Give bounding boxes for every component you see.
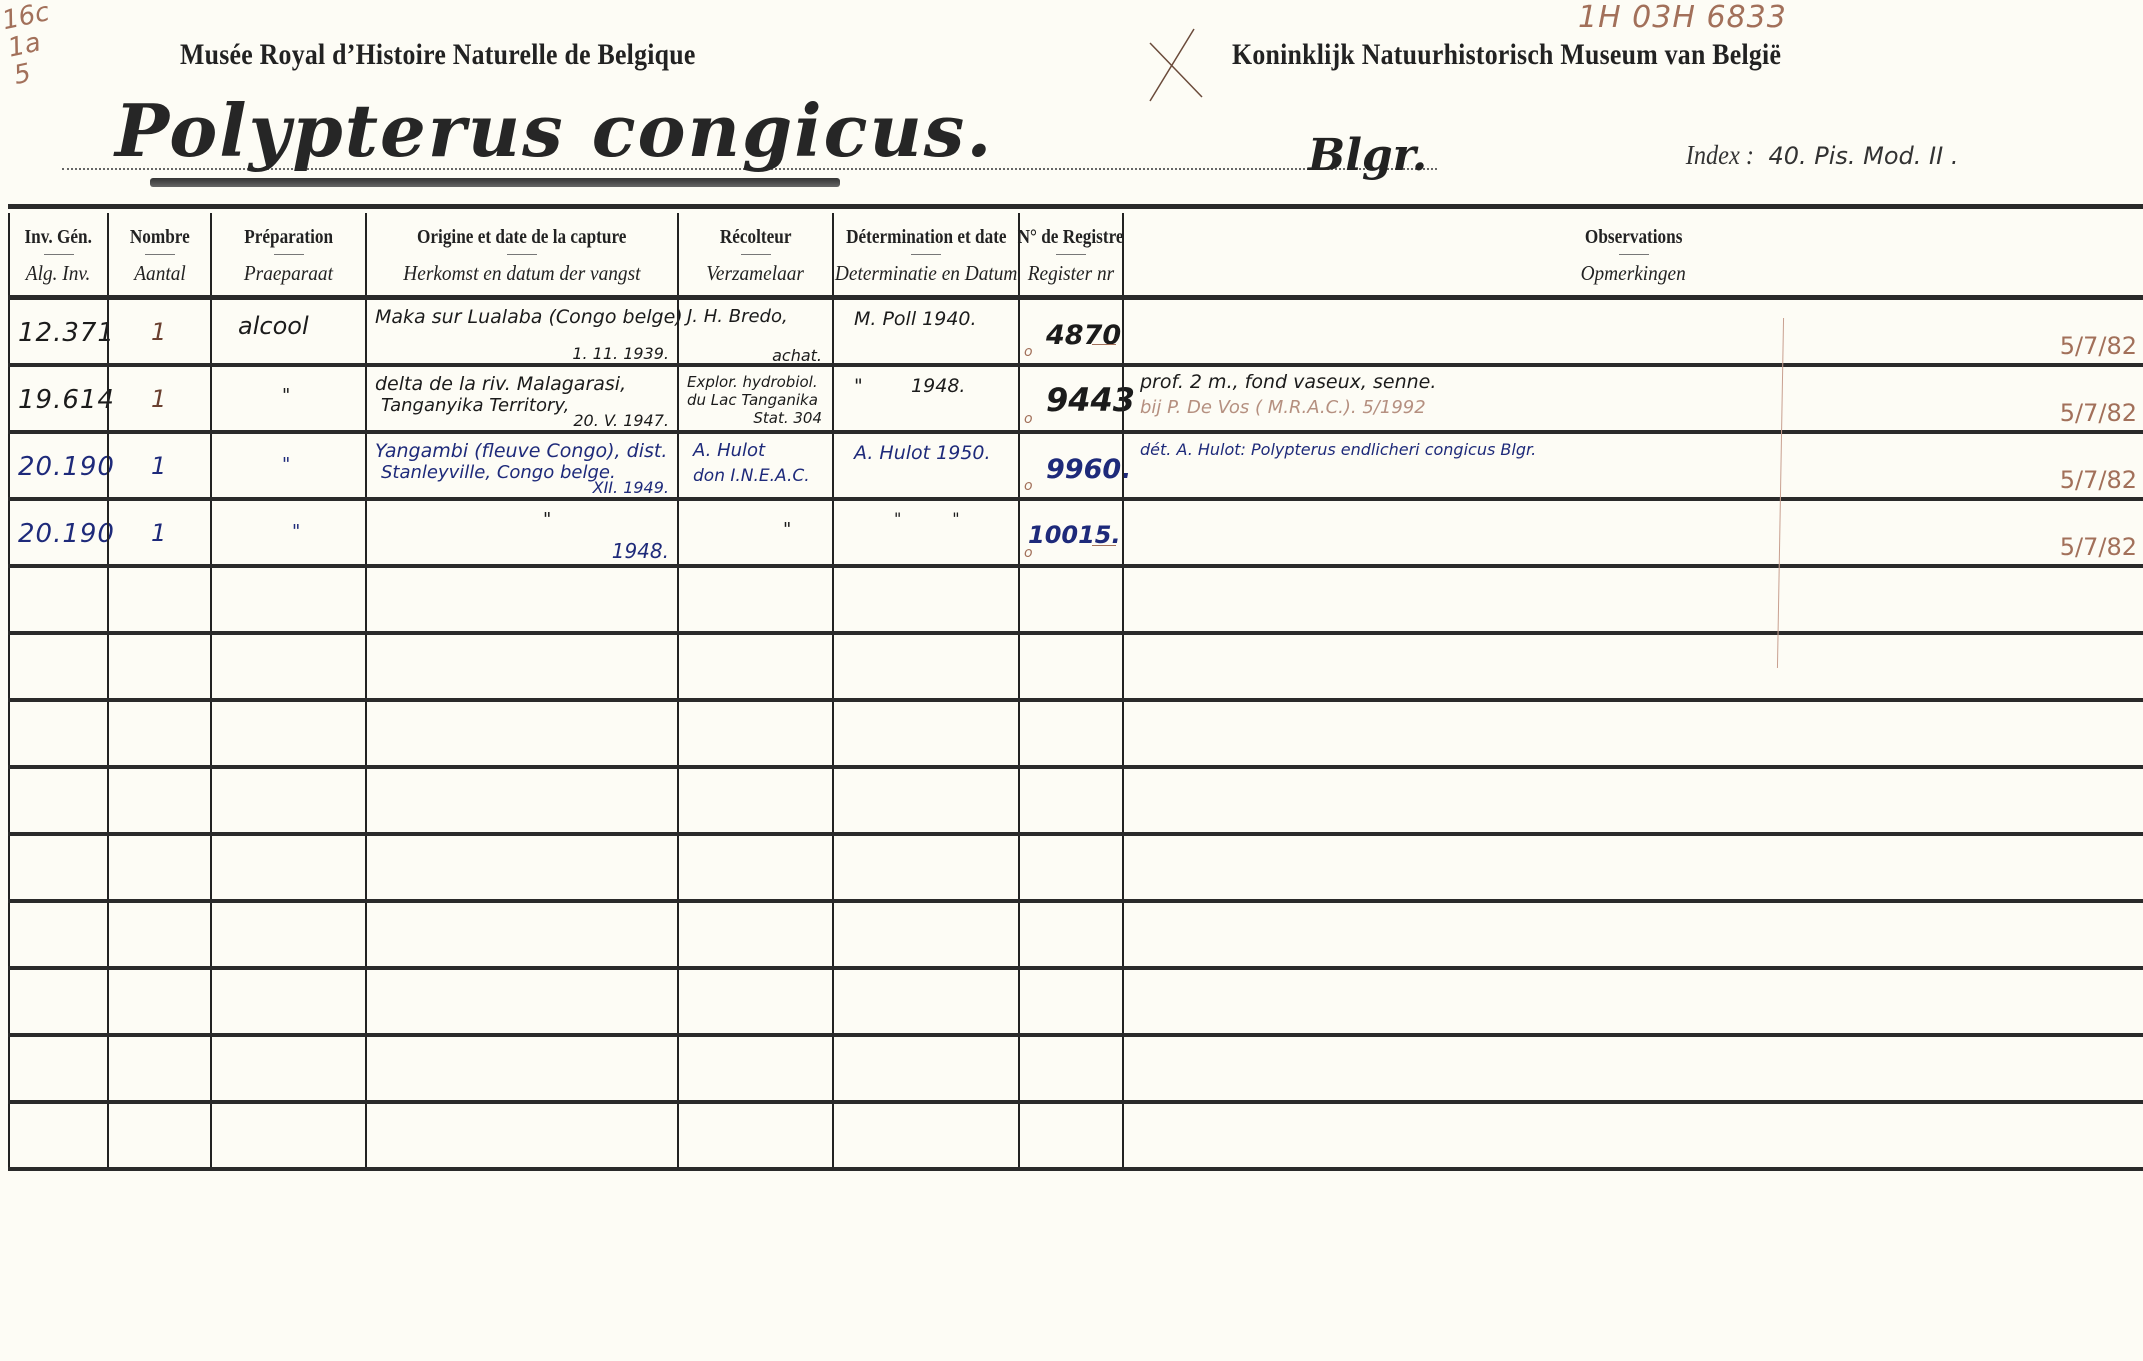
cell (1122, 970, 2143, 1033)
cell (210, 1104, 365, 1167)
cell (832, 769, 1018, 832)
cell (1122, 1037, 2143, 1100)
cell-count: 1 (107, 367, 210, 430)
cell (210, 836, 365, 899)
index-value: 40. Pis. Mod. II . (1768, 142, 1958, 170)
corner-pencil-code: 16c 1a 5 (0, 0, 64, 90)
table-row: 19.614 1 " delta de la riv. Malagarasi, … (8, 367, 2143, 434)
specimen-count: 1 (151, 318, 166, 346)
cell (1122, 903, 2143, 966)
origin-line-1: Maka sur Lualaba (Congo belge) (375, 306, 683, 328)
cell (210, 1037, 365, 1100)
collector-line-2: achat. (772, 346, 822, 365)
header-divider (145, 254, 175, 255)
cell (8, 568, 107, 631)
determination-value: M. Poll 1940. (854, 308, 977, 330)
cell (832, 903, 1018, 966)
cell-observations: 5/7/82 (1122, 501, 2143, 564)
cell-collector: J. H. Bredo, achat. (677, 300, 832, 363)
header-label-fr: Détermination et date (846, 226, 1006, 249)
cell (677, 1104, 832, 1167)
cell (210, 568, 365, 631)
cell (8, 970, 107, 1033)
catalog-number-pencil: 1H 03H 6833 (1578, 0, 1787, 35)
table-row-empty (8, 970, 2143, 1037)
cell (210, 702, 365, 765)
cell-register: 10015. o (1018, 501, 1122, 564)
header-label-fr: Nombre (130, 226, 190, 249)
cell-origin: Yangambi (fleuve Congo), dist. Stanleyvi… (365, 434, 677, 497)
cell-determination: A. Hulot 1950. (832, 434, 1018, 497)
cell (1122, 635, 2143, 698)
inventory-number: 20.190 (18, 519, 115, 549)
collector-line-1: A. Hulot (693, 440, 765, 461)
determination-value: A. Hulot 1950. (854, 442, 991, 464)
specimen-count: 1 (151, 452, 166, 480)
header-label-nl: Aantal (134, 261, 186, 286)
capture-date: XII. 1949. (593, 478, 669, 497)
cell-origin: delta de la riv. Malagarasi, Tanganyika … (365, 367, 677, 430)
determination-value: " 1948. (854, 375, 965, 397)
cell (210, 970, 365, 1033)
cell (677, 568, 832, 631)
cell-observations: prof. 2 m., fond vaseux, senne. bij P. D… (1122, 367, 2143, 430)
column-header-origin: Origine et date de la capture Herkomst e… (365, 213, 677, 295)
cell (677, 635, 832, 698)
cell-determination: M. Poll 1940. (832, 300, 1018, 363)
header-divider (1056, 254, 1086, 255)
cell (1018, 903, 1122, 966)
header-divider (44, 254, 74, 255)
cell-register: 9443 o (1018, 367, 1122, 430)
cell (832, 635, 1018, 698)
table-row-empty (8, 1104, 2143, 1171)
table-row-empty (8, 702, 2143, 769)
cell (677, 970, 832, 1033)
cell (1122, 702, 2143, 765)
cell-register: 4870 o (1018, 300, 1122, 363)
table-row: 20.190 1 " " 1948. " " " 10015. o 5/7/82 (8, 501, 2143, 568)
origin-line-2: Tanganyika Territory, (381, 395, 569, 416)
register-number: 9960. (1046, 454, 1131, 485)
cell (1018, 836, 1122, 899)
species-name: Polypterus congicus. (115, 88, 993, 173)
cell-inventory: 20.190 (8, 434, 107, 497)
table-row: 12.371 1 alcool Maka sur Lualaba (Congo … (8, 300, 2143, 367)
inventory-number: 19.614 (18, 385, 115, 415)
collector-line-2: du Lac Tanganika (687, 391, 818, 409)
header-label-nl: Opmerkingen (1581, 261, 1686, 286)
cell (365, 769, 677, 832)
collector-line-1: Explor. hydrobiol. (687, 373, 818, 391)
check-mark: o (1024, 545, 1033, 561)
cell (210, 635, 365, 698)
preparation-ditto: " (282, 454, 290, 475)
x-mark-icon (1136, 25, 1216, 105)
column-header-collector: Récolteur Verzamelaar (677, 213, 832, 295)
inventory-number: 20.190 (18, 452, 115, 482)
cell-inventory: 19.614 (8, 367, 107, 430)
inventory-number: 12.371 (18, 318, 115, 348)
column-header-observations: Observations Opmerkingen (1122, 213, 2143, 295)
cell (365, 702, 677, 765)
header-label-fr: Préparation (244, 226, 333, 249)
header-label-nl: Alg. Inv. (26, 261, 91, 286)
cell (365, 635, 677, 698)
cell (677, 836, 832, 899)
cell-inventory: 12.371 (8, 300, 107, 363)
cell (1018, 702, 1122, 765)
cell (1122, 1104, 2143, 1167)
table-row-empty (8, 769, 2143, 836)
cell (1122, 769, 2143, 832)
index-label: Index : (1686, 140, 1754, 171)
cell (365, 970, 677, 1033)
cell (8, 1104, 107, 1167)
observation-line-1: prof. 2 m., fond vaseux, senne. (1140, 371, 1436, 393)
cell (832, 568, 1018, 631)
cell (107, 1037, 210, 1100)
check-mark: o (1024, 411, 1033, 427)
verification-date: 5/7/82 (2060, 332, 2137, 360)
table-row-empty (8, 836, 2143, 903)
cell (677, 1037, 832, 1100)
verification-date: 5/7/82 (2060, 466, 2137, 494)
header-divider (741, 254, 771, 255)
author-abbreviation: Blgr. (1308, 130, 1427, 181)
cell-preparation: " (210, 434, 365, 497)
cell (365, 1104, 677, 1167)
cell-observations: 5/7/82 (1122, 300, 2143, 363)
cell-origin: " 1948. (365, 501, 677, 564)
header-label-nl: Verzamelaar (707, 261, 805, 286)
capture-date: 20. V. 1947. (573, 411, 669, 430)
cell (1122, 836, 2143, 899)
cell (365, 568, 677, 631)
column-header-inventory: Inv. Gén. Alg. Inv. (8, 213, 107, 295)
header-label-fr: Récolteur (720, 226, 792, 249)
header-label-fr: Observations (1585, 226, 1682, 249)
cell (8, 769, 107, 832)
cell (8, 1037, 107, 1100)
table-row-empty (8, 903, 2143, 970)
cell-count: 1 (107, 501, 210, 564)
cell (832, 702, 1018, 765)
table-row-empty (8, 635, 2143, 702)
origin-line-1: Yangambi (fleuve Congo), dist. (375, 440, 667, 462)
cell-collector: A. Hulot don I.N.E.A.C. (677, 434, 832, 497)
check-mark: o (1024, 478, 1033, 494)
register-number: 4870 (1046, 320, 1121, 351)
header-label-fr: N° de Registre (1018, 226, 1124, 249)
table-header-row: Inv. Gén. Alg. Inv. Nombre Aantal Prépar… (8, 213, 2143, 300)
origin-ditto: " (543, 509, 551, 530)
cell-origin: Maka sur Lualaba (Congo belge) 1. 11. 19… (365, 300, 677, 363)
specimen-register-table: Inv. Gén. Alg. Inv. Nombre Aantal Prépar… (8, 213, 2143, 1361)
collector-line-3: Stat. 304 (753, 409, 822, 427)
cell (210, 769, 365, 832)
index-field: Index : 40. Pis. Mod. II . (1682, 140, 1958, 171)
column-header-register: N° de Registre Register nr (1018, 213, 1122, 295)
header-label-nl: Praeparaat (244, 261, 333, 286)
cell (1018, 769, 1122, 832)
header-label-nl: Herkomst en datum der vangst (403, 261, 640, 286)
cell-count: 1 (107, 434, 210, 497)
observation-pencil-note: bij P. De Vos ( M.R.A.C.). 5/1992 (1140, 397, 1426, 418)
cell (107, 702, 210, 765)
pencil-dash (1092, 344, 1116, 345)
cell-register: 9960. o (1018, 434, 1122, 497)
cell (107, 903, 210, 966)
pencil-dash (1092, 545, 1116, 546)
cell-collector: Explor. hydrobiol. du Lac Tanganika Stat… (677, 367, 832, 430)
verification-date: 5/7/82 (2060, 533, 2137, 561)
cell (8, 635, 107, 698)
cell (832, 836, 1018, 899)
header-label-nl: Register nr (1028, 261, 1114, 286)
cell-preparation: " (210, 501, 365, 564)
header-label-fr: Origine et date de la capture (417, 226, 626, 249)
cell (832, 970, 1018, 1033)
cell (365, 903, 677, 966)
table-row: 20.190 1 " Yangambi (fleuve Congo), dist… (8, 434, 2143, 501)
cell (107, 568, 210, 631)
cell (832, 1037, 1018, 1100)
cell (677, 903, 832, 966)
header-label-nl: Determinatie en Datum (835, 261, 1017, 286)
cell-preparation: alcool (210, 300, 365, 363)
cell (832, 1104, 1018, 1167)
preparation-value: alcool (238, 312, 309, 340)
cell (677, 702, 832, 765)
cell-preparation: " (210, 367, 365, 430)
observation-line-1: dét. A. Hulot: Polypterus endlicheri con… (1140, 440, 1536, 459)
institution-name-dutch: Koninklijk Natuurhistorisch Museum van B… (1232, 38, 1781, 72)
institution-name-french: Musée Royal d’Histoire Naturelle de Belg… (180, 38, 696, 72)
cell (1122, 568, 2143, 631)
cell-determination: " 1948. (832, 367, 1018, 430)
cell-count: 1 (107, 300, 210, 363)
verification-date: 5/7/82 (2060, 399, 2137, 427)
specimen-count: 1 (151, 385, 166, 413)
table-row-empty (8, 568, 2143, 635)
cell (1018, 568, 1122, 631)
cell (107, 635, 210, 698)
collector-line-1: J. H. Bredo, (687, 306, 788, 327)
cell (1018, 1104, 1122, 1167)
cell (107, 1104, 210, 1167)
header-label-fr: Inv. Gén. (25, 226, 92, 249)
preparation-ditto: " (292, 521, 300, 542)
table-row-empty (8, 1037, 2143, 1104)
cell (1018, 635, 1122, 698)
cell (8, 836, 107, 899)
origin-line-2: Stanleyville, Congo belge. (381, 462, 616, 483)
cell-observations: dét. A. Hulot: Polypterus endlicheri con… (1122, 434, 2143, 497)
cell (365, 1037, 677, 1100)
determination-ditto: " " (894, 509, 960, 528)
check-mark: o (1024, 344, 1033, 360)
capture-date: 1948. (612, 539, 669, 563)
header-divider (274, 254, 304, 255)
cell (8, 903, 107, 966)
collector-line-2: don I.N.E.A.C. (693, 466, 810, 486)
cell (107, 769, 210, 832)
column-header-determination: Détermination et date Determinatie en Da… (832, 213, 1018, 295)
cell (365, 836, 677, 899)
header-divider (1619, 254, 1649, 255)
cell (1018, 970, 1122, 1033)
cell (210, 903, 365, 966)
column-header-preparation: Préparation Praeparaat (210, 213, 365, 295)
header-divider (911, 254, 941, 255)
preparation-ditto: " (282, 385, 290, 406)
collector-ditto: " (783, 519, 791, 540)
cell-inventory: 20.190 (8, 501, 107, 564)
cell-determination: " " (832, 501, 1018, 564)
cell (107, 836, 210, 899)
cell (107, 970, 210, 1033)
cell-collector: " (677, 501, 832, 564)
cell (8, 702, 107, 765)
column-header-count: Nombre Aantal (107, 213, 210, 295)
cell (1018, 1037, 1122, 1100)
species-underline (150, 178, 840, 187)
cell (677, 769, 832, 832)
table-top-rule (8, 204, 2143, 209)
capture-date: 1. 11. 1939. (572, 344, 669, 363)
specimen-count: 1 (151, 519, 166, 547)
header-divider (507, 254, 537, 255)
origin-line-1: delta de la riv. Malagarasi, (375, 373, 626, 395)
